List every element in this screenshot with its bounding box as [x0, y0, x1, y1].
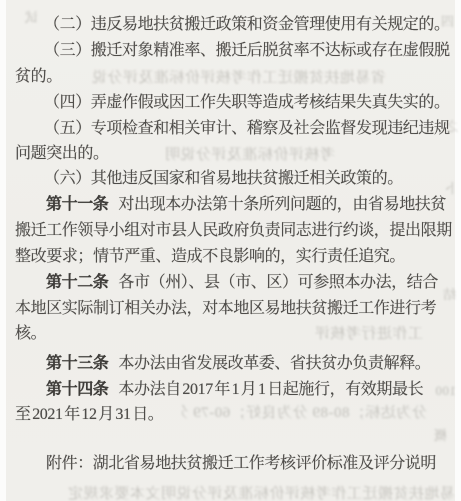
article-number: 第十三条 [46, 355, 108, 372]
article-12-line-1: 第十二条各市（州）、县（市、区）可参照本办法，结合 [46, 274, 438, 292]
clause-5-line-2: 问题突出的。 [15, 145, 109, 163]
line-text: 核。 [15, 325, 46, 342]
line-text: （三）搬迁对象精准率、搬迁后脱贫率不达标或存在虚假脱 [44, 42, 450, 59]
line-text: 整改要求；情节严重、造成不良影响的，实行责任追究。 [15, 248, 405, 265]
article-14-line-2: 至 2021 年 12 月 31 日。 [15, 406, 163, 424]
article-12-line-2: 本地区实际制订相关办法，对本地区易地扶贫搬迁工作进行考 [15, 300, 436, 318]
article-11-line-1: 第十一条对出现本办法第十条所列问题的，由省易地扶贫 [46, 196, 446, 214]
article-11-line-3: 整改要求；情节严重、造成不良影响的，实行责任追究。 [15, 248, 405, 266]
clause-3-line-2: 贫的。 [15, 68, 62, 86]
scanned-document-page: 试 四 省易地扶贫搬迁工作考核评价标准及评分说 之 考核评价标准及评分说明 卜 … [0, 0, 461, 501]
line-text: 搬迁工作领导小组对市县人民政府负责同志进行约谈，提出限期 [15, 222, 452, 239]
line-text: 本办法由省发展改革委、省扶贫办负责解释。 [118, 355, 430, 372]
line-text: 至 2021 年 12 月 31 日。 [15, 406, 163, 423]
article-number: 第十二条 [46, 274, 108, 291]
scan-margin-left [0, 0, 6, 501]
line-text: （四）弄虚作假或因工作失职等造成考核结果失真失实的。 [44, 94, 450, 111]
clause-4-line: （四）弄虚作假或因工作失职等造成考核结果失真失实的。 [44, 94, 450, 112]
article-number: 第十四条 [46, 381, 108, 398]
article-14-line-1: 第十四条本办法自 2017 年 1 月 1 日起施行，有效期最长 [46, 381, 423, 399]
article-13-line: 第十三条本办法由省发展改革委、省扶贫办负责解释。 [46, 355, 430, 373]
line-text: 本办法自 2017 年 1 月 1 日起施行，有效期最长 [118, 381, 423, 398]
article-number: 第十一条 [46, 196, 108, 213]
line-text: 各市（州）、县（市、区）可参照本办法，结合 [118, 274, 438, 291]
article-12-line-3: 核。 [15, 325, 46, 343]
clause-6-line: （六）其他违反国家和省易地扶贫搬迁相关政策的。 [44, 170, 403, 188]
line-text: 本地区实际制订相关办法，对本地区易地扶贫搬迁工作进行考 [15, 300, 436, 317]
line-text: （二）违反易地扶贫搬迁政策和资金管理使用有关规定的。 [44, 16, 450, 33]
attachment-note-line: 附件：湖北省易地扶贫搬迁工作考核评价标准及评分说明 [46, 455, 436, 473]
line-text: 对出现本办法第十条所列问题的，由省易地扶贫 [118, 196, 446, 213]
clause-3-line-1: （三）搬迁对象精准率、搬迁后脱贫率不达标或存在虚假脱 [44, 42, 450, 60]
clause-5-line-1: （五）专项检查和相关审计、稽察及社会监督发现违纪违规 [44, 120, 450, 138]
clause-2-line: （二）违反易地扶贫搬迁政策和资金管理使用有关规定的。 [44, 16, 450, 34]
line-text: （六）其他违反国家和省易地扶贫搬迁相关政策的。 [44, 170, 403, 187]
line-text: 问题突出的。 [15, 145, 109, 162]
line-text: 附件：湖北省易地扶贫搬迁工作考核评价标准及评分说明 [46, 455, 436, 472]
scan-margin-right [455, 0, 461, 501]
line-text: 贫的。 [15, 68, 62, 85]
line-text: （五）专项检查和相关审计、稽察及社会监督发现违纪违规 [44, 120, 450, 137]
article-11-line-2: 搬迁工作领导小组对市县人民政府负责同志进行约谈，提出限期 [15, 222, 452, 240]
